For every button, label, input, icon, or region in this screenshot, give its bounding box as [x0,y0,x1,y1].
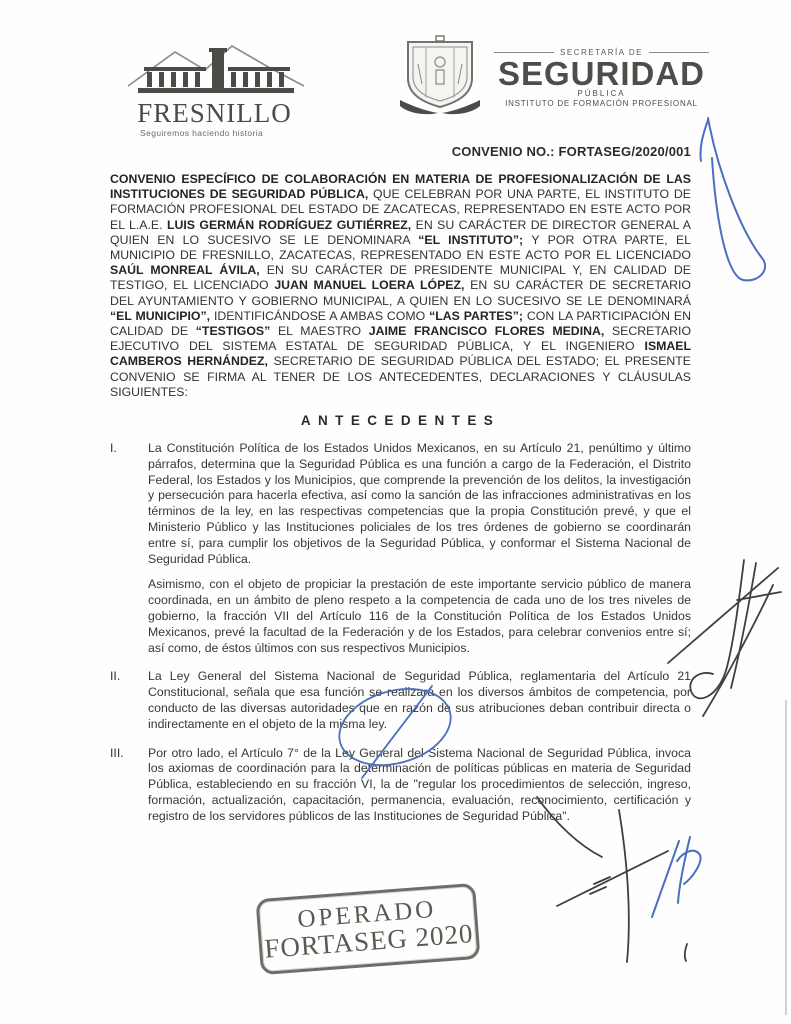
zacatecas-shield-icon [396,34,484,118]
rule-left [494,52,554,53]
document-body: CONVENIO NO.: FORTASEG/2020/001 CONVENIO… [110,144,691,825]
scan-edge-line [785,700,787,1015]
item-numeral: III. [110,746,148,825]
antecedente-item-3: III. Por otro lado, el Artículo 7° de la… [110,746,691,825]
blue-ink-initials-bottom-icon [652,837,701,917]
item-paragraph: Por otro lado, el Artículo 7° de la Ley … [148,746,691,825]
convenio-number: CONVENIO NO.: FORTASEG/2020/001 [110,144,691,159]
instituto-label: INSTITUTO DE FORMACIÓN PROFESIONAL [494,99,709,108]
stamp-line2: FORTASEG 2020 [263,919,474,963]
antecedente-item-2: II. La Ley General del Sistema Nacional … [110,669,691,732]
seguridad-logo: SECRETARÍA DE SEGURIDAD PÚBLICA INSTITUT… [396,34,709,118]
item-paragraph: La Ley General del Sistema Nacional de S… [148,669,691,732]
blue-ink-loop-top-right-icon [700,118,765,280]
item-paragraph: La Constitución Política de los Estados … [148,441,691,567]
rule-right [649,52,709,53]
antecedentes-heading: ANTECEDENTES [110,413,691,428]
item-paragraph: Asimismo, con el objeto de propiciar la … [148,577,691,656]
fresnillo-tagline: Seguiremos haciendo historia [112,128,317,138]
fresnillo-crest-icon [120,40,310,102]
item-numeral: II. [110,669,148,732]
seguridad-wordmark: SEGURIDAD [494,57,709,90]
fresnillo-title: FRESNILLO [112,100,317,127]
antecedente-item-1: I. La Constitución Política de los Estad… [110,441,691,656]
fresnillo-logo: FRESNILLO Seguiremos haciendo historia [112,40,317,138]
intro-paragraph: CONVENIO ESPECÍFICO DE COLABORACIÓN EN M… [110,172,691,400]
operado-fortaseg-stamp: OPERADO FORTASEG 2020 [255,883,480,975]
item-numeral: I. [110,441,148,656]
document-page: FRESNILLO Seguiremos haciendo historia S… [0,0,791,1024]
